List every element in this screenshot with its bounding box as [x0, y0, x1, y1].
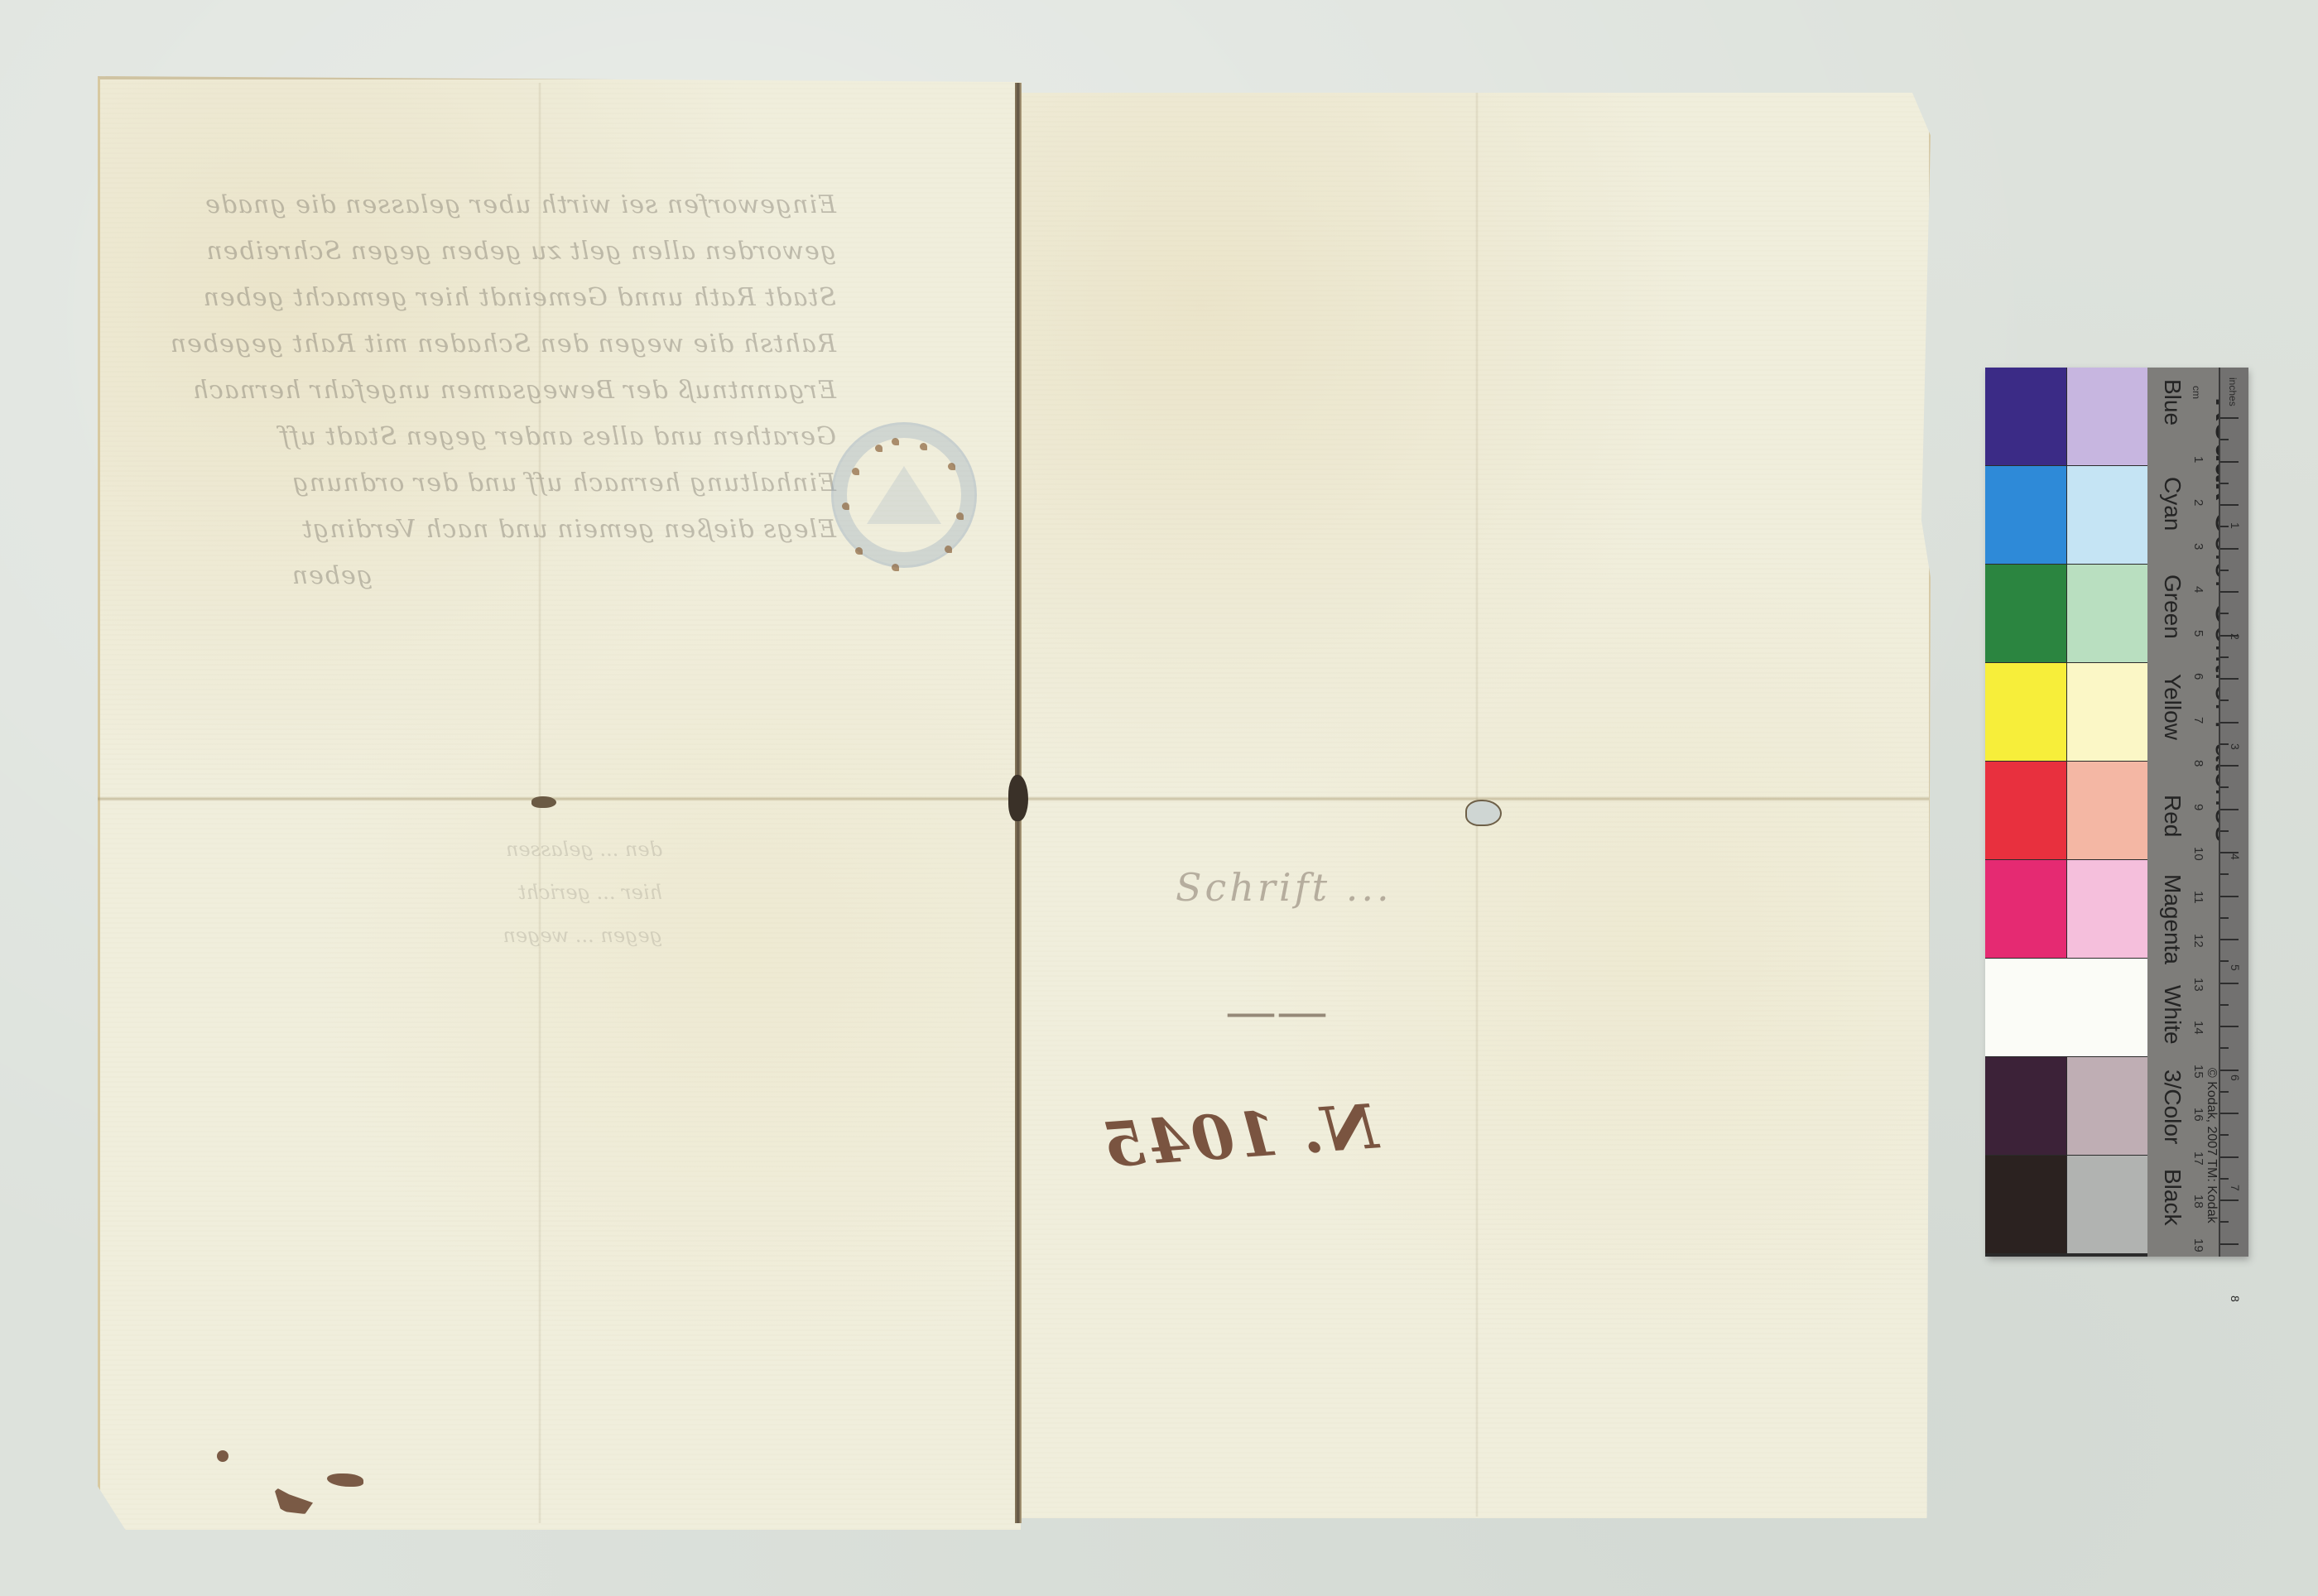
patch-red-dark — [1985, 762, 2066, 859]
ruler-cm-label: 4 — [2191, 586, 2205, 593]
patch-blue-light — [2067, 368, 2148, 465]
pencil-note: Schrift ... — [1176, 865, 1392, 910]
patch-green-dark — [1985, 565, 2066, 662]
bleed-line: Stadt Rath unnd Gemeindt hier gemacht ge… — [157, 275, 836, 321]
ruler-inch-label: 2 — [2229, 633, 2242, 640]
ruler-cm-label: 8 — [2191, 760, 2205, 767]
patch-yellow-dark — [1985, 663, 2066, 761]
ink-mark: —— — [1225, 981, 1328, 1041]
ruler-cm-label: 7 — [2191, 717, 2205, 723]
patch-blue-dark — [1985, 368, 2066, 465]
ruler-cm-label: 16 — [2191, 1108, 2205, 1122]
patch-white — [1985, 959, 2148, 1056]
embossed-seal — [831, 422, 977, 568]
ruler — [2219, 368, 2248, 1257]
ruler-cm-label: 12 — [2191, 934, 2205, 948]
label-black: Black — [2159, 1169, 2186, 1225]
seal-triangle-icon — [867, 466, 941, 524]
bleed-line: geben — [157, 553, 836, 599]
bleed-line: Einhaltung hernach uff und der ordnung — [157, 460, 836, 507]
kodak-color-target: Kodak Color Control Patches Blue Cyan Gr… — [1985, 368, 2247, 1257]
ruler-cm-label: 10 — [2191, 847, 2205, 861]
ruler-cm-label: 5 — [2191, 630, 2205, 637]
ruler-cm-label: 15 — [2191, 1065, 2205, 1079]
bleed-line: Erganntnuß der Bewegsamen ungefahr herna… — [157, 368, 836, 414]
ruler-cm-label: 13 — [2191, 978, 2205, 992]
patch-green-light — [2067, 565, 2148, 662]
label-magenta: Magenta — [2159, 874, 2186, 964]
kodak-copyright: © Kodak, 2007 TM: Kodak — [2204, 1068, 2219, 1223]
label-blue: Blue — [2159, 379, 2186, 425]
label-red: Red — [2159, 795, 2186, 837]
ruler-cm-label: 1 — [2191, 456, 2205, 463]
bleed-through-text: Eingeworfen sei wirth uber gelassen die … — [157, 182, 836, 599]
ruler-unit-cm: cm — [2191, 386, 2202, 399]
ruler-inch-label: 3 — [2229, 743, 2242, 750]
bleed-line: gegen ... wegen — [315, 914, 662, 957]
patch-black-light — [2067, 1156, 2148, 1253]
patch-cyan-light — [2067, 466, 2148, 564]
damage-hole — [1008, 775, 1028, 821]
ruler-cm-label: 14 — [2191, 1021, 2205, 1035]
ruler-inch-label: 1 — [2229, 522, 2242, 529]
ruler-cm-label: 17 — [2191, 1151, 2205, 1166]
patch-black-dark — [1985, 1156, 2066, 1253]
ruler-cm-label: 6 — [2191, 673, 2205, 680]
label-yellow: Yellow — [2159, 674, 2186, 740]
ruler-inch-label: 4 — [2229, 853, 2242, 860]
ruler-unit-inches: inches — [2227, 377, 2239, 406]
ruler-cm-label: 9 — [2191, 804, 2205, 810]
bleed-line: geworden allen gelt zu geben gegen Schre… — [157, 228, 836, 275]
patch-magenta-dark — [1985, 860, 2066, 958]
label-white: White — [2159, 985, 2186, 1045]
bleed-line: den ... gelassen — [315, 828, 662, 871]
bleed-line: Rahtsh die wegen den Schaden mit Raht ge… — [157, 321, 836, 368]
ruler-cm-label: 11 — [2191, 891, 2205, 904]
ruler-cm-label: 3 — [2191, 543, 2205, 550]
ruler-cm-label: 19 — [2191, 1238, 2205, 1252]
bleed-through-lower: den ... gelassen hier ... gericht gegen … — [315, 828, 662, 957]
label-green: Green — [2159, 574, 2186, 639]
patch-red-light — [2067, 762, 2148, 859]
damage-hole — [1465, 800, 1502, 826]
ruler-cm-label: 2 — [2191, 499, 2205, 506]
color-patches — [1985, 368, 2147, 1257]
bleed-line: hier ... gericht — [315, 871, 662, 914]
bleed-line: Eingeworfen sei wirth uber gelassen die … — [157, 182, 836, 228]
ruler-inch-label: 8 — [2229, 1296, 2242, 1302]
patch-cyan-dark — [1985, 466, 2066, 564]
patch-magenta-light — [2067, 860, 2148, 958]
ruler-inch-label: 5 — [2229, 964, 2242, 971]
bleed-line: Gerathen und alles ander gegen Stadt uff — [157, 414, 836, 460]
label-3color: 3/Color — [2159, 1070, 2186, 1144]
ruler-inch-label: 6 — [2229, 1074, 2242, 1081]
damage-hole — [531, 796, 556, 808]
ruler-cm-label: 18 — [2191, 1195, 2205, 1209]
label-cyan: Cyan — [2159, 477, 2186, 531]
ruler-inch-label: 7 — [2229, 1185, 2242, 1191]
patch-3color-light — [2067, 1057, 2148, 1155]
bleed-line: Elegs dießen gemein und nach Verdingt — [157, 507, 836, 553]
patch-yellow-light — [2067, 663, 2148, 761]
ink-blot — [217, 1450, 228, 1462]
patch-3color-dark — [1985, 1057, 2066, 1155]
